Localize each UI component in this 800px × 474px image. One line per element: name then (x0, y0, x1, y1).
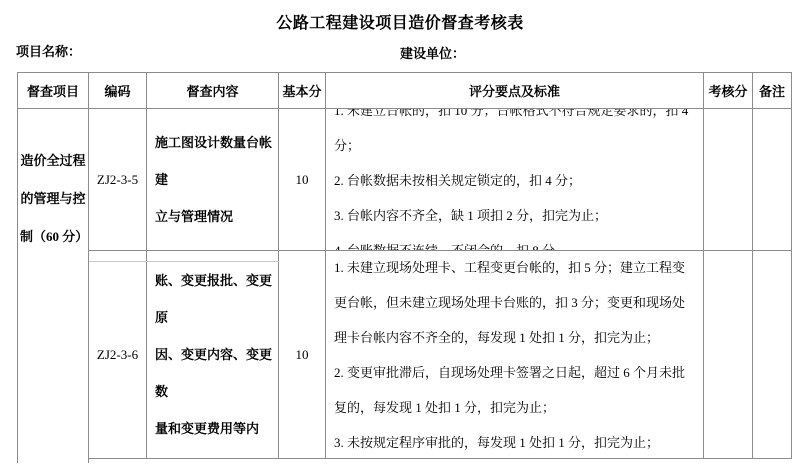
category-cell: 造价全过程 的管理与控 制（60 分） (18, 109, 89, 463)
assessed-score-cell[interactable] (704, 109, 753, 251)
remark-cell[interactable] (753, 251, 792, 459)
base-score-cell: 10 (279, 251, 326, 459)
content-cell: 设计变更（包括变更台 账、变更报批、变更原 因、变更内容、变更数 量和变更费用等… (147, 251, 279, 459)
header-remark: 备注 (753, 73, 792, 109)
criteria-item: 3. 台帐内容不齐全，缺 1 项扣 2 分，扣完为止； (334, 198, 695, 233)
remark-cell[interactable] (753, 109, 792, 251)
header-assessed-score: 考核分 (704, 73, 753, 109)
assessment-table: 督查项目 编码 督查内容 基本分 评分要点及标准 考核分 备注 造价全过程 的管… (17, 72, 792, 463)
criteria-cell: 1. 未建立台帐的，扣 10 分；台帐格式不符合规定要求的，扣 4 分；2. 台… (326, 109, 704, 251)
criteria-item: 4. 台账数据不连续、不闭合的，扣 8 分。 (334, 233, 695, 252)
criteria-item: 1. 未建立台帐的，扣 10 分；台帐格式不符合规定要求的，扣 4 分； (334, 109, 695, 163)
criteria-item: 1. 未建立现场处理卡、工程变更台帐的，扣 5 分；建立工程变更台帐，但未建立现… (334, 251, 695, 355)
code-cell: ZJ2-3-5 (89, 109, 147, 251)
header-code: 编码 (89, 73, 147, 109)
assessed-score-cell[interactable] (704, 251, 753, 459)
page-title: 公路工程建设项目造价督查考核表 (0, 10, 800, 33)
criteria-item: 2. 变更审批滞后，自现场处理卡签署之日起，超过 6 个月未批复的，每发现 1 … (334, 355, 695, 425)
criteria-item: 2. 台帐数据未按相关规定锁定的，扣 4 分； (334, 163, 695, 198)
code-cell: ZJ2-3-6 (89, 251, 147, 459)
header-supervision-content: 督查内容 (147, 73, 279, 109)
construction-unit-label: 建设单位： (400, 46, 465, 61)
header-base-score: 基本分 (279, 73, 326, 109)
content-cell: 施工图设计数量台帐建 立与管理情况 (147, 109, 279, 251)
project-name-label: 项目名称： (16, 44, 81, 59)
row-divider-artifact-line (89, 261, 279, 262)
header-supervision-item: 督查项目 (18, 73, 89, 109)
criteria-cell: 1. 未建立现场处理卡、工程变更台帐的，扣 5 分；建立工程变更台帐，但未建立现… (326, 251, 704, 459)
base-score-cell: 10 (279, 109, 326, 251)
criteria-item: 3. 未按规定程序审批的，每发现 1 处扣 1 分，扣完为止； (334, 425, 695, 459)
header-criteria: 评分要点及标准 (326, 73, 704, 109)
